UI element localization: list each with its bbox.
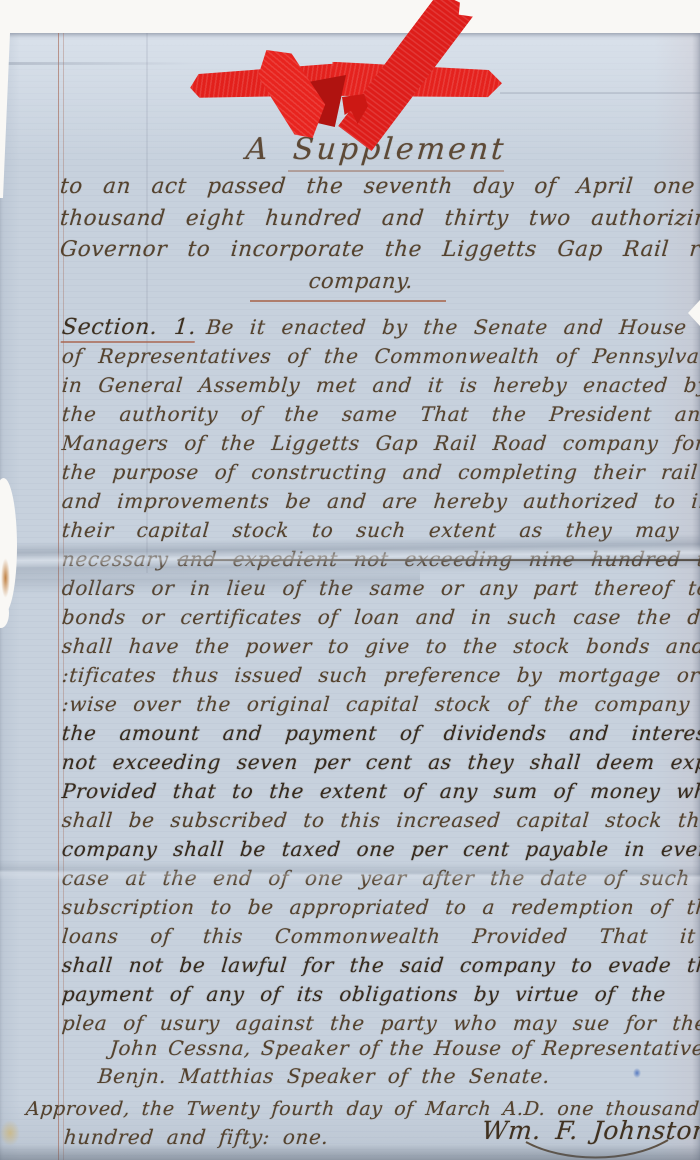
yellow-stain bbox=[0, 1120, 20, 1146]
company-underline bbox=[250, 300, 446, 302]
handwritten-line: Managers of the Liggetts Gap Rail Road c… bbox=[61, 429, 696, 458]
document-scan: A Supplement to an act passed the sevent… bbox=[0, 0, 700, 1160]
handwritten-line: loans of this Commonwealth Provided That… bbox=[61, 922, 696, 951]
handwritten-line: dollars or in lieu of the same or any pa… bbox=[61, 574, 696, 603]
handwritten-line: shall be subscribed to this increased ca… bbox=[61, 806, 696, 835]
signature-flourish bbox=[520, 1138, 670, 1160]
document-title: A Supplement bbox=[60, 130, 692, 172]
company-line: company. bbox=[61, 266, 662, 296]
handwritten-line: thousand eight hundred and thirty two au… bbox=[59, 203, 700, 235]
handwritten-line: not exceeding seven per cent as they sha… bbox=[61, 748, 696, 777]
struck-line: necessaryand expedient not exceeding nin… bbox=[61, 545, 696, 574]
rust-stain bbox=[1, 558, 10, 598]
house-speaker-signature-line: John Cessna, Speaker of the House of Rep… bbox=[109, 1036, 700, 1060]
handwritten-line: case at the end of one year after the da… bbox=[61, 864, 696, 893]
handwritten-line: company shall be taxed one per cent paya… bbox=[61, 835, 696, 864]
handwritten-line: :wise over the original capital stock of… bbox=[61, 690, 696, 719]
struck-text: and expedient not exceeding nine hundred… bbox=[176, 547, 700, 571]
handwritten-line: in General Assembly met and it is hereby… bbox=[61, 371, 696, 400]
handwritten-line: shall not be lawful for the said company… bbox=[61, 951, 696, 980]
senate-speaker-signature-line: Benjn. Matthias Speaker of the Senate. bbox=[97, 1064, 551, 1088]
handwritten-line: payment of any of its obligations by vir… bbox=[61, 980, 696, 1009]
ink-dot bbox=[633, 1068, 641, 1078]
handwritten-line: subscription to be appropriated to a red… bbox=[61, 893, 696, 922]
preamble-block: to an act passed the seventh day of Apri… bbox=[60, 171, 700, 266]
approval-line-2: hundred and fifty: one. bbox=[63, 1125, 330, 1149]
handwritten-line: the purpose of constructing and completi… bbox=[61, 458, 696, 487]
handwritten-line: Provided that to the extent of any sum o… bbox=[61, 777, 696, 806]
handwritten-line: of Representatives of the Commonwealth o… bbox=[61, 342, 696, 371]
handwritten-line: the amount and payment of dividends and … bbox=[61, 719, 696, 748]
handwritten-line: shall have the power to give to the stoc… bbox=[61, 632, 696, 661]
struck-line-prefix: necessary bbox=[61, 547, 170, 571]
section-first-line: Be it enacted by the Senate and House bbox=[205, 315, 687, 339]
body-text-block: Section. 1.Be it enacted by the Senate a… bbox=[62, 313, 694, 1038]
handwritten-line: bonds or certificates of loan and in suc… bbox=[61, 603, 696, 632]
handwritten-line: the authority of the same That the Presi… bbox=[61, 400, 696, 429]
handwritten-line: :tificates thus issued such preference b… bbox=[61, 661, 696, 690]
handwritten-line: and improvements be and are hereby autho… bbox=[61, 487, 696, 516]
section-label: Section. 1. bbox=[61, 315, 198, 343]
handwritten-line: plea of usury against the party who may … bbox=[61, 1009, 696, 1038]
handwritten-line: to an act passed the seventh day of Apri… bbox=[59, 171, 700, 203]
section-heading-line: Section. 1.Be it enacted by the Senate a… bbox=[61, 313, 696, 342]
handwritten-line: Governor to incorporate the Liggetts Gap… bbox=[59, 234, 700, 266]
handwritten-line: their capital stock to such extent as th… bbox=[61, 516, 696, 545]
